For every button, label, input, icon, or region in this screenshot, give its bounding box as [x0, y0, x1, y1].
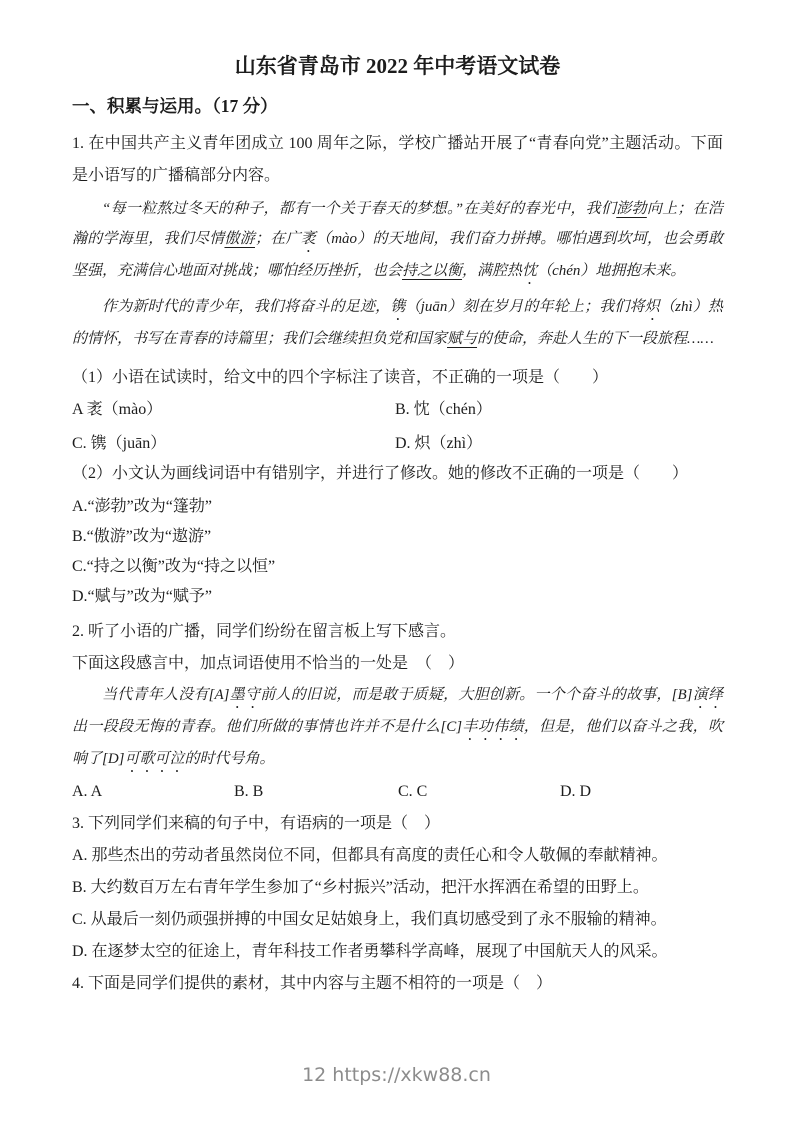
- q3-option-d: D. 在逐梦太空的征途上，青年科技工作者勇攀科学高峰，展现了中国航天人的风采。: [72, 936, 723, 968]
- q2-option-c: C. C: [398, 776, 560, 808]
- broadcast-script-para-1: “每一粒熬过冬天的种子，都有一个关于春天的梦想。”在美好的春光中，我们澎勃向上；…: [72, 194, 723, 288]
- q1-sub2-option-c: C.“持之以衡”改为“持之以恒”: [72, 552, 723, 582]
- q3-stem: 3. 下列同学们来稿的句子中，有语病的一项是（ ）: [72, 808, 723, 840]
- q2-option-d: D. D: [560, 776, 723, 808]
- q3-option-b: B. 大约数百万左右青年学生参加了“乡村振兴”活动，把汗水挥洒在希望的田野上。: [72, 872, 723, 904]
- q3-option-a: A. 那些杰出的劳动者虽然岗位不同，但都具有高度的责任心和令人敬佩的奉献精神。: [72, 840, 723, 872]
- q2-intro-line2: 下面这段感言中，加点词语使用不恰当的一处是 （ ）: [72, 648, 723, 680]
- q1-sub2-option-b: B.“傲游”改为“遨游”: [72, 522, 723, 552]
- q1-sub2-option-d: D.“赋与”改为“赋予”: [72, 582, 723, 612]
- q1-sub2-options: A.“澎勃”改为“篷勃” B.“傲游”改为“遨游” C.“持之以衡”改为“持之以…: [72, 492, 723, 612]
- q1-sub1-option-b: B. 忱（chén）: [395, 396, 723, 424]
- q3-option-c: C. 从最后一刻仍顽强拼搏的中国女足姑娘身上，我们真切感受到了永不服输的精神。: [72, 904, 723, 936]
- q1-sub1-option-d: D. 炽（zhì）: [395, 430, 723, 458]
- q1-sub1-option-c: C. 镌（juān）: [72, 430, 395, 458]
- footer-watermark: 12 https://xkw88.cn: [0, 1062, 793, 1088]
- q2-options: A. A B. B C. C D. D: [72, 776, 723, 808]
- q2-passage: 当代青年人没有[A]墨守前人的旧说，而是敢于质疑，大胆创新。一个个奋斗的故事，[…: [72, 680, 723, 776]
- q2-option-b: B. B: [234, 776, 398, 808]
- q1-sub1-stem: （1）小语在试读时，给文中的四个字标注了读音，不正确的一项是（ ）: [72, 362, 723, 394]
- q1-intro: 1. 在中国共产主义青年团成立 100 周年之际，学校广播站开展了“青春向党”主…: [72, 128, 723, 192]
- section-heading: 一、积累与运用。（17 分）: [72, 94, 723, 118]
- exam-page: 山东省青岛市 2022 年中考语文试卷 一、积累与运用。（17 分） 1. 在中…: [0, 0, 793, 1000]
- q4-stem: 4. 下面是同学们提供的素材，其中内容与主题不相符的一项是（ ）: [72, 968, 723, 1000]
- q3-options: A. 那些杰出的劳动者虽然岗位不同，但都具有高度的责任心和令人敬佩的奉献精神。 …: [72, 840, 723, 968]
- page-title: 山东省青岛市 2022 年中考语文试卷: [72, 52, 723, 80]
- q1-sub2-option-a: A.“澎勃”改为“篷勃”: [72, 492, 723, 522]
- q1-sub1-options: A 袤（mào） B. 忱（chén） C. 镌（juān） D. 炽（zhì）: [72, 396, 723, 458]
- q2-option-a: A. A: [72, 776, 234, 808]
- q1-sub2-stem: （2）小文认为画线词语中有错别字，并进行了修改。她的修改不正确的一项是（ ）: [72, 458, 723, 490]
- q2-intro-line1: 2. 听了小语的广播，同学们纷纷在留言板上写下感言。: [72, 616, 723, 648]
- q1-sub1-option-a: A 袤（mào）: [72, 396, 395, 424]
- broadcast-script-para-2: 作为新时代的青少年，我们将奋斗的足迹，镌（juān）刻在岁月的年轮上；我们将炽（…: [72, 292, 723, 354]
